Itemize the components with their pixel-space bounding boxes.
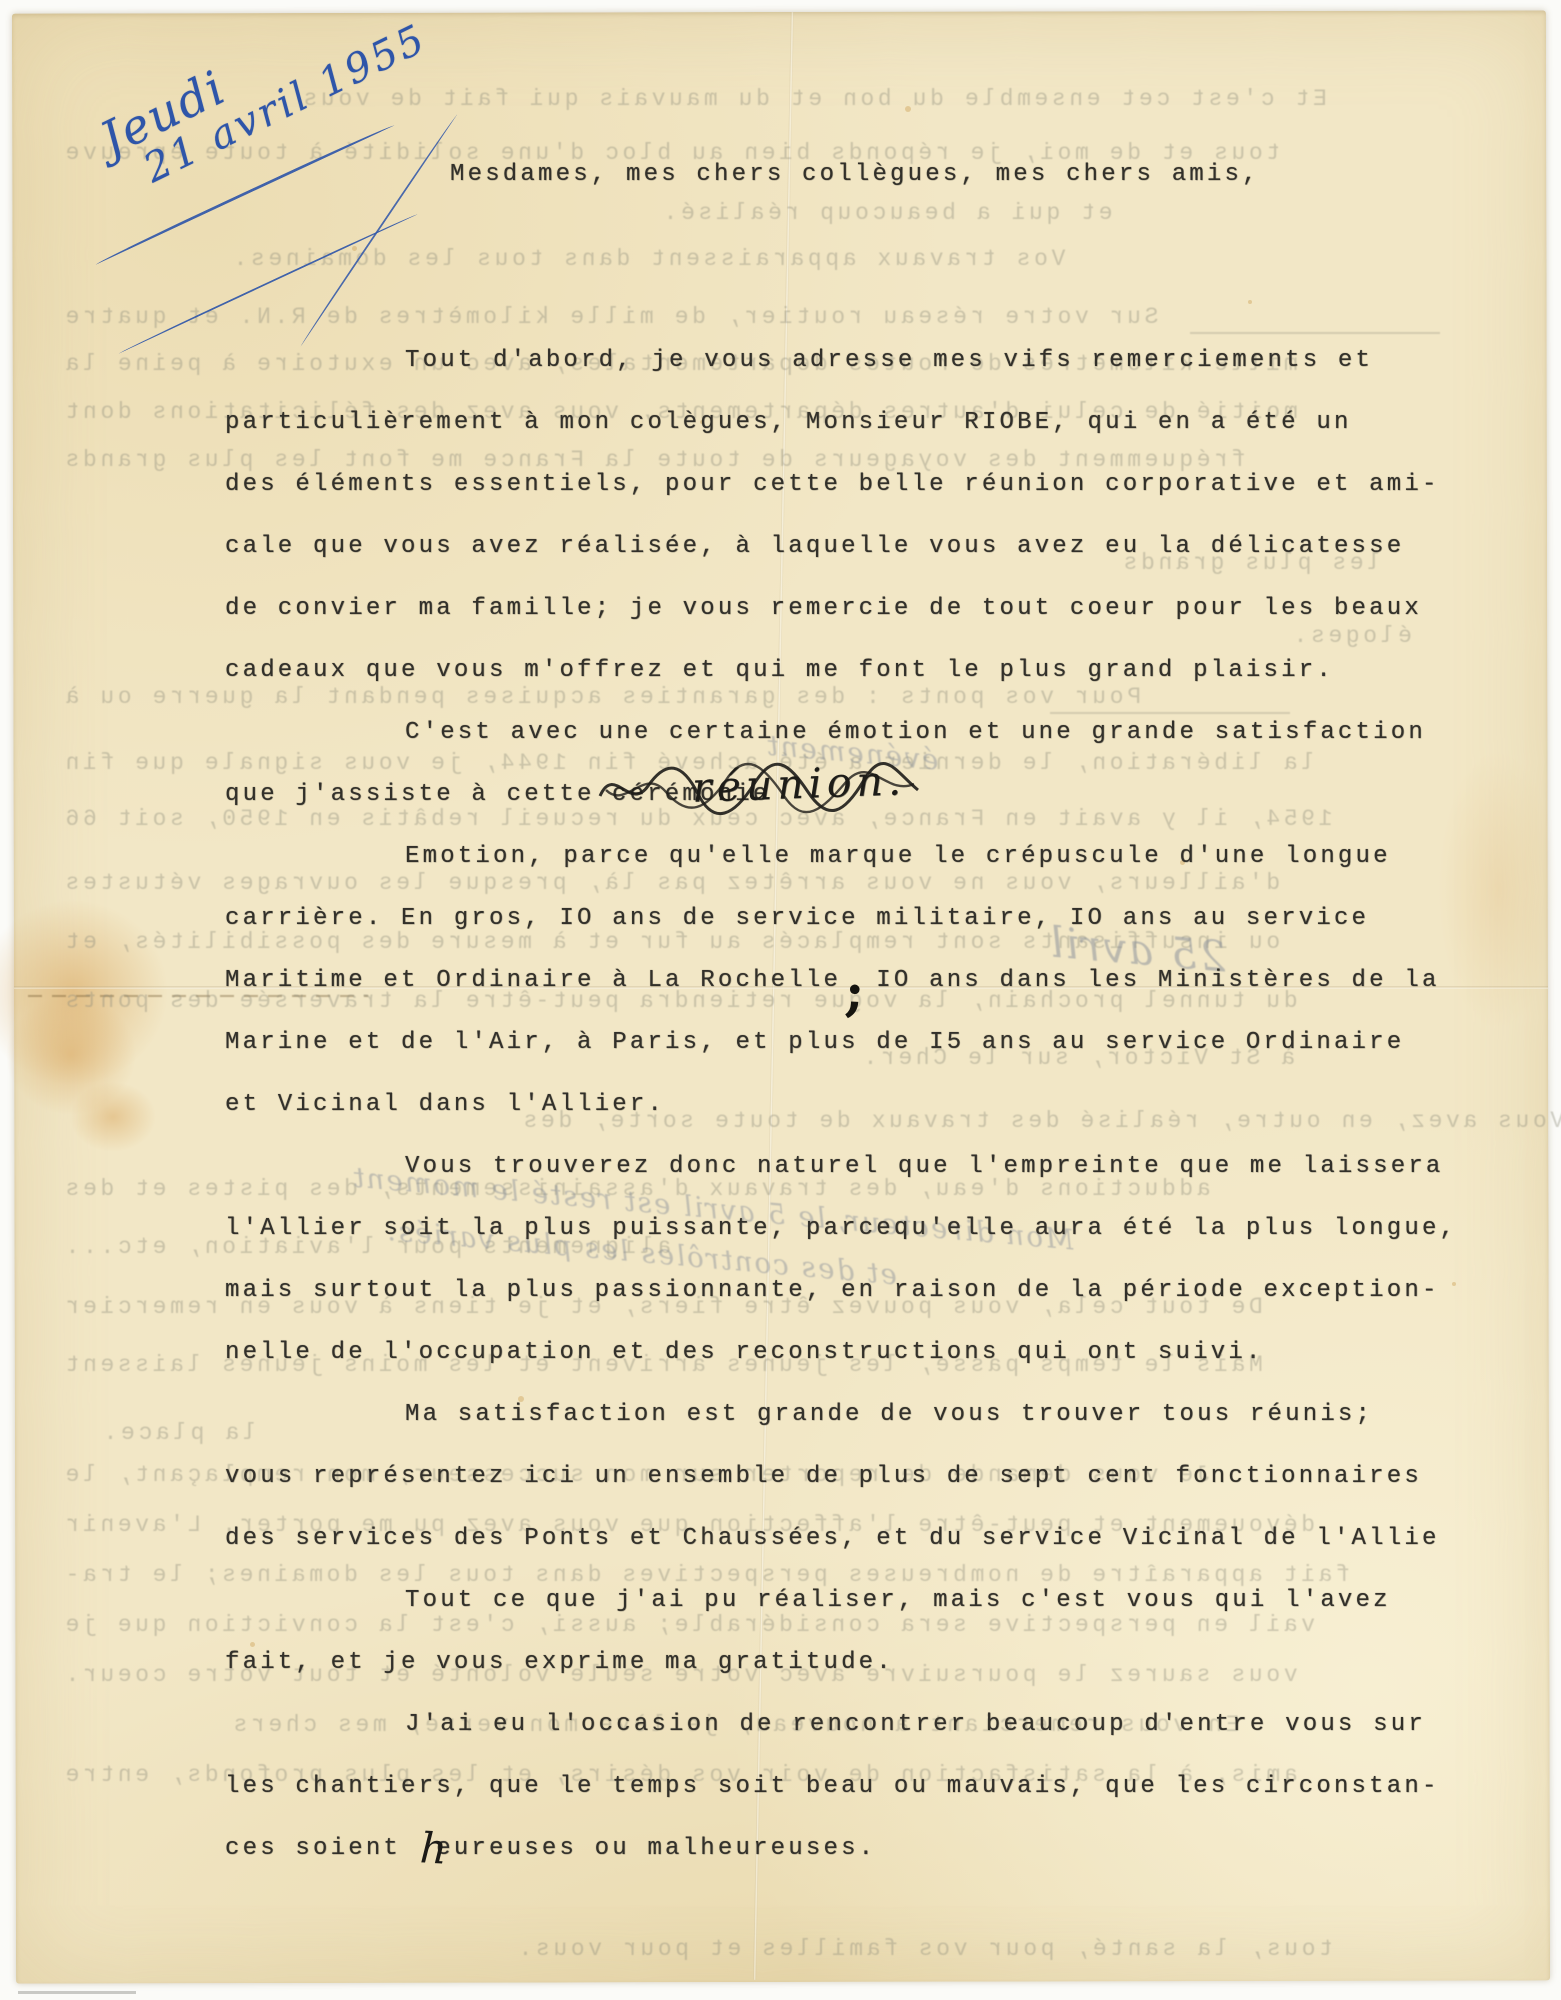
typed-line: particulièrement à mon colègues, Monsieu…	[225, 408, 1352, 438]
ink-semicolon-mark: ;	[843, 962, 865, 1024]
typed-line: des éléments essentiels, pour cette bell…	[225, 470, 1440, 500]
typed-line: nelle de l'occupation et des reconstruct…	[225, 1338, 1264, 1368]
typed-text-layer: Tout d'abord, je vous adresse mes vifs r…	[0, 0, 1561, 2000]
typed-line: de convier ma famille; je vous remercie …	[225, 594, 1422, 624]
typed-line: C'est avec une certaine émotion et une g…	[405, 718, 1426, 748]
typed-line: ces soient eureuses ou malheureuses.	[225, 1834, 876, 1864]
typed-line: fait, et je vous exprime ma gratitude.	[225, 1648, 894, 1678]
typed-line: Marine et de l'Air, à Paris, et plus de …	[225, 1028, 1404, 1058]
typed-line: Ma satisfaction est grande de vous trouv…	[405, 1400, 1373, 1430]
typed-line: carrière. En gros, IO ans de service mil…	[225, 904, 1369, 934]
typed-line: Tout d'abord, je vous adresse mes vifs r…	[405, 346, 1373, 376]
typed-line: Maritime et Ordinaire à La Rochelle IO a…	[225, 966, 1440, 996]
typed-line: les chantiers, que le temps soit beau ou…	[225, 1772, 1440, 1802]
typed-line: mais surtout la plus passionnante, en ra…	[225, 1276, 1440, 1306]
typed-line: Emotion, parce qu'elle marque le crépusc…	[405, 842, 1391, 872]
typed-line: J'ai eu l'occasion de rencontrer beaucou…	[405, 1710, 1426, 1740]
ink-inserted-letter: h	[419, 1823, 449, 1873]
scanned-letter-page: { "colors":{"paper":"#f2e7c6","ink":"#32…	[0, 0, 1561, 2000]
typed-line: cadeaux que vous m'offrez et qui me font…	[225, 656, 1334, 686]
typed-line: l'Allier soit la plus puissante, parcequ…	[225, 1214, 1457, 1244]
typed-line: et Vicinal dans l'Allier.	[225, 1090, 665, 1120]
typed-line: Tout ce que j'ai pu réaliser, mais c'est…	[405, 1586, 1391, 1616]
typed-line: cale que vous avez réalisée, à laquelle …	[225, 532, 1404, 562]
handwritten-correction: réunion.	[691, 756, 906, 811]
typed-line: que j'assiste à cette	[225, 780, 595, 810]
salutation-line: Mesdames, mes chers collègues, mes chers…	[450, 160, 1260, 190]
typed-line: vous représentez ici un ensemble de plus…	[225, 1462, 1422, 1492]
typed-line: des services des Ponts et Chaussées, et …	[225, 1524, 1440, 1554]
typed-line: Vous trouverez donc naturel que l'emprei…	[405, 1152, 1444, 1182]
